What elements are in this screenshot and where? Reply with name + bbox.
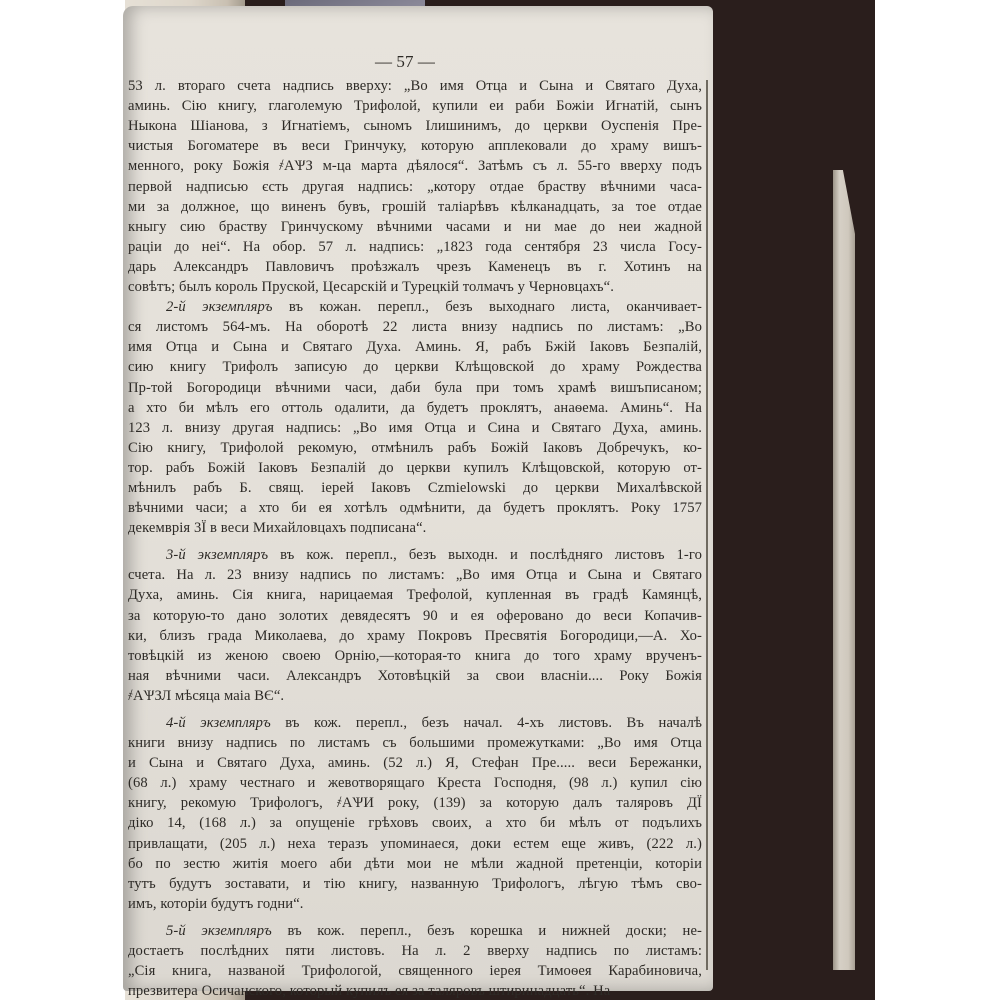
text-line: достаетъ послѣдних пяти листовъ. На л. 2… xyxy=(128,941,702,961)
text-line: раціи до неі“. На обор. 57 л. надпись: „… xyxy=(128,237,702,257)
text-line: тор. рабъ Божій Іаковъ Безпалій до церкв… xyxy=(128,458,702,478)
text-line: діко 14, (168 л.) за опущеніе грѣховъ св… xyxy=(128,813,702,833)
text-line: декемврія 3Ї в веси Михайловцахъ подписа… xyxy=(128,518,702,538)
copy-label: 4-й экземпляръ xyxy=(166,715,271,731)
text-line: имъ, которіи будутъ годни“. xyxy=(128,894,702,914)
text-line: книгу, рекомую Трифологъ, ҂АѰИ року, (13… xyxy=(128,793,702,813)
text-line: имя Отца и Сына и Святаго Духа. Аминь. Я… xyxy=(128,337,702,357)
paragraph: 53 л. втораго счета надпись вверху: „Во … xyxy=(128,76,702,297)
text-line: товѣцкій из женою своею Орнію,—которая-т… xyxy=(128,646,702,666)
paragraph: 4-й экземпляръ въ кож. перепл., безъ нач… xyxy=(128,713,702,914)
text-line: 4-й экземпляръ въ кож. перепл., безъ нач… xyxy=(128,713,702,733)
paragraph-gap xyxy=(128,538,702,545)
right-page-content: — 57 — 53 л. втораго счета надпись вверх… xyxy=(128,52,702,1000)
text-line: первой надписью єсть другая надпись: „ко… xyxy=(128,177,702,197)
text-line: аминь. Сію книгу, глаголемую Трифолой, к… xyxy=(128,96,702,116)
paragraph-gap xyxy=(128,914,702,921)
paragraph-gap xyxy=(128,706,702,713)
text-line: дарь Александръ Павловичъ проѣзжалъ чрез… xyxy=(128,257,702,277)
text-line: сию книгу Трифолъ записую до церкви Клѣщ… xyxy=(128,357,702,377)
paragraphs: 53 л. втораго счета надпись вверху: „Во … xyxy=(128,76,702,1000)
text-line: совѣтъ; былъ король Пруской, Цесарскій и… xyxy=(128,277,702,297)
page-edge xyxy=(706,80,708,970)
text-line: мѣнилъ рабъ Б. свящ. іерей Іаковъ Czmiel… xyxy=(128,478,702,498)
text-line: 3-й экземпляръ въ кож. перепл., безъ вых… xyxy=(128,545,702,565)
text-line: Духа, аминь. Сія книга, нарицаемая Трефо… xyxy=(128,585,702,605)
text-line: Сію книгу, Трифолой рекомую, отмѣнилъ ра… xyxy=(128,438,702,458)
copy-label: 3-й экземпляръ xyxy=(166,547,268,563)
text-line: менного, року Божія ҂АѰЗ м-ца марта дѣял… xyxy=(128,156,702,176)
text-line: кныгу сию браству Гринчускому вѣчними ча… xyxy=(128,217,702,237)
text-line: и Сына и Святаго Духа, аминь. (52 л.) Я,… xyxy=(128,753,702,773)
text-line: за которую-то дано золотих девядесятъ 90… xyxy=(128,606,702,626)
text-line: ная вѣчними часи. Александръ Хотовѣцкій … xyxy=(128,666,702,686)
text-line: счета. На л. 23 внизу надпись по листамъ… xyxy=(128,565,702,585)
paragraph: 2-й экземпляръ въ кожан. перепл., безъ в… xyxy=(128,297,702,538)
text-line: Пр-той Богородици вѣчними часи, даби бул… xyxy=(128,378,702,398)
text-line: „Сія книга, названой Трифологой, священн… xyxy=(128,961,702,981)
text-line: (68 л.) храму честнаго и жевотворящаго К… xyxy=(128,773,702,793)
text-line: бо по зестю житія моего аби дѣти мои не … xyxy=(128,854,702,874)
page-stack-edge xyxy=(833,170,855,970)
copy-label: 2-й экземпляръ xyxy=(166,299,273,315)
page-number: — 57 — xyxy=(108,52,702,72)
text-line: ся листомъ 564-мъ. На оборотѣ 22 листа в… xyxy=(128,317,702,337)
text-line: тутъ будутъ зоставати, и тію книгу, назв… xyxy=(128,874,702,894)
text-line: чистыя Богоматере въ веси Гринчуку, кото… xyxy=(128,136,702,156)
text-line: а хто би мѣлъ его оттоль одалити, да буд… xyxy=(128,398,702,418)
paragraph: 3-й экземпляръ въ кож. перепл., безъ вых… xyxy=(128,545,702,706)
text-line: презвитера Осичанского, который купилъ е… xyxy=(128,981,702,1000)
text-line: привлащати, (205 л.) неха теразъ упомина… xyxy=(128,834,702,854)
text-line: 53 л. втораго счета надпись вверху: „Во … xyxy=(128,76,702,96)
text-line: Ныкона Шіанова, з Игнатіемъ, сыномъ Ілиш… xyxy=(128,116,702,136)
text-line: ми за должное, що виненъ бувъ, грошій та… xyxy=(128,197,702,217)
text-line: книги внизу надпись по листамъ съ больши… xyxy=(128,733,702,753)
text-line: ки, близъ града Миколаева, до храму Покр… xyxy=(128,626,702,646)
text-line: вѣчними часи; а хто би ея хотѣлъ одмѣнит… xyxy=(128,498,702,518)
paragraph: 5-й экземпляръ въ кож. перепл., безъ кор… xyxy=(128,921,702,1000)
text-line: 5-й экземпляръ въ кож. перепл., безъ кор… xyxy=(128,921,702,941)
text-line: 123 л. внизу другая надпись: „Во имя Отц… xyxy=(128,418,702,438)
text-line: 2-й экземпляръ въ кожан. перепл., безъ в… xyxy=(128,297,702,317)
text-line: ҂АѰЗЛ мѣсяца маіа ВЄ“. xyxy=(128,686,702,706)
copy-label: 5-й экземпляръ xyxy=(166,923,272,939)
